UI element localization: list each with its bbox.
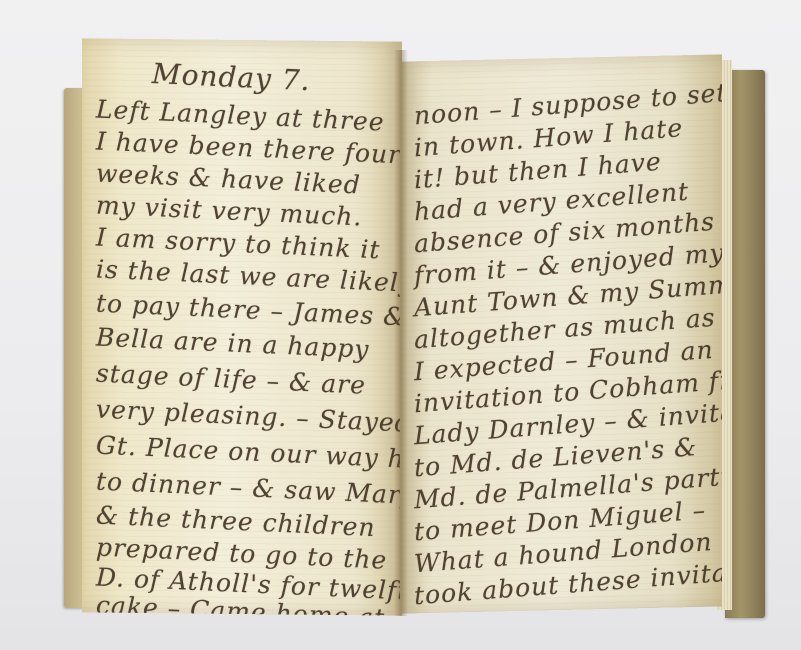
book-gutter [394, 50, 408, 616]
left-page: Monday 7. Left Langley at three I have b… [82, 38, 402, 615]
diary-photo: Monday 7. Left Langley at three I have b… [0, 0, 801, 650]
right-page: noon – I suppose to settle in town. How … [400, 54, 722, 613]
